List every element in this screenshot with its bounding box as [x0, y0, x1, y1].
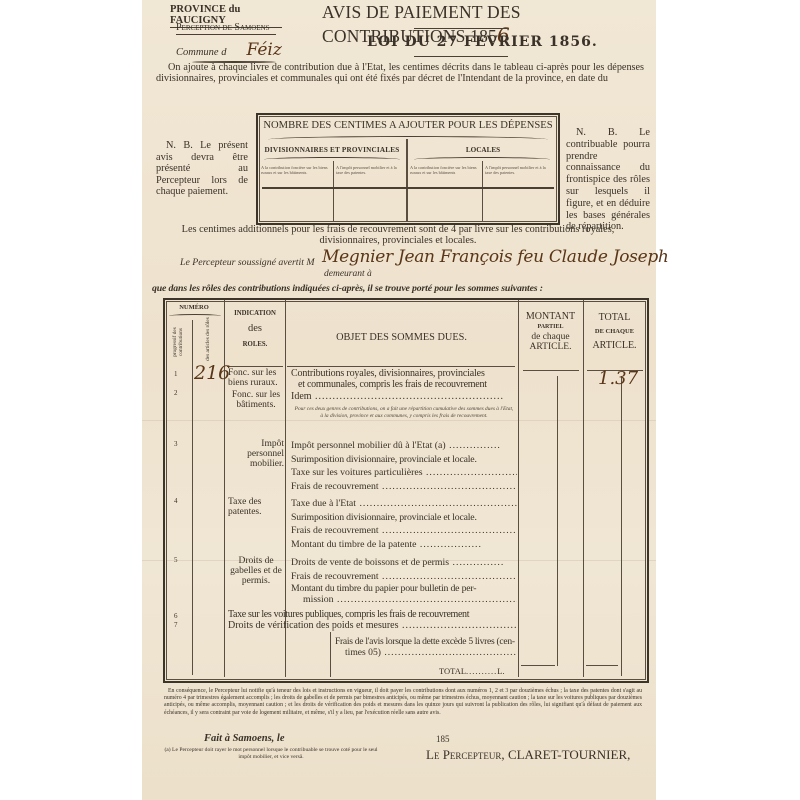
footnote-paragraph: En conséquence, le Percepteur lui notifi… — [164, 688, 642, 717]
signature-name: CLARET-TOURNIER, — [508, 747, 630, 762]
row-role-3: Impôt personnel mobilier. — [228, 439, 284, 469]
total-amount-handwritten: 1.37 — [598, 368, 638, 389]
commune-label: Commune d — [176, 47, 226, 58]
row-num-1: 1 — [174, 370, 178, 378]
row-role-1: Fonc. sur les biens ruraux. — [228, 368, 284, 388]
footer-year: 185 — [436, 734, 450, 744]
col-head-numero: NUMÉRO — [165, 304, 223, 311]
row-note-2: Pour ces deux genres de contributions, o… — [293, 406, 515, 419]
row-objet-1b: et communales, compris les frais de reco… — [298, 379, 518, 390]
row-role-2: Fonc. sur les bâtiments. — [228, 390, 284, 410]
centimes-value-1 — [261, 191, 331, 219]
centimes-col-1: A la contribution foncière sur les biens… — [261, 165, 331, 175]
row-role-5: Droits de gabelles et de permis. — [228, 556, 284, 586]
row-objet-4: Taxe due à l'Etat ......................… — [291, 497, 517, 551]
centimes-table: NOMBRE DES CENTIMES A AJOUTER POUR LES D… — [256, 113, 560, 225]
centimes-col-4: A l'impôt personnel mobilier et à la tax… — [485, 165, 553, 175]
row-num-7: 7 — [174, 621, 178, 629]
centimes-group-locales: LOCALES — [408, 146, 558, 154]
row-num-2: 2 — [174, 389, 178, 397]
centimes-col-2: A l'impôt personnel mobilier et à la tax… — [336, 165, 404, 175]
row-num-6: 6 — [174, 612, 178, 620]
col-head-indication: INDICATION des ROLES. — [225, 310, 285, 348]
row-num-4: 4 — [174, 497, 178, 505]
row-objet-7: Droits de vérification des poids et mesu… — [228, 621, 518, 632]
row-objet-1a: Contributions royales, divisionnaires, p… — [291, 368, 517, 379]
col-head-total: TOTAL DE CHAQUE ARTICLE. — [584, 312, 645, 351]
signature-label: Le Percepteur, — [426, 747, 505, 762]
centimes-title: NOMBRE DES CENTIMES A AJOUTER POUR LES D… — [258, 120, 558, 131]
row-objet-2: Idem ...................................… — [291, 391, 517, 402]
nb-right-note: N. B. Le contribuable pourra prendre con… — [566, 127, 650, 233]
fait-a-label: Fait à Samoens, le — [204, 733, 285, 744]
document-paper: PROVINCE du FAUCIGNY Perception de Samoe… — [142, 0, 656, 800]
row-objet-3: Impôt personnel mobilier dû à l'Etat (a)… — [291, 439, 517, 493]
commune-value-handwritten: Féiz — [246, 40, 281, 60]
law-title: LOI DU 27 FEVRIER 1856. — [367, 34, 598, 50]
row-objet-6: Taxe sur les voitures publiques, compris… — [228, 610, 518, 621]
col-head-objet: OBJET DES SOMMES DUES. — [286, 332, 517, 343]
frais-recouvrement-note: Les centimes additionnels pour les frais… — [162, 224, 634, 246]
total-row: TOTAL..........L. — [439, 666, 505, 676]
col-head-progressif: progressif des contributions — [172, 317, 184, 367]
que-dans-line: que dans les rôles des contributions ind… — [152, 283, 652, 294]
footnote-a: (a) Le Percepteur doit rayer le mot pers… — [160, 747, 382, 761]
contributions-table: NUMÉRO progressif des contributions des … — [163, 298, 649, 683]
article-number-handwritten: 216 — [194, 362, 230, 384]
row-num-3: 3 — [174, 440, 178, 448]
commune-row: Commune d Féiz — [176, 40, 306, 60]
col-head-montant: MONTANT PARTIEL de chaque ARTICLE. — [519, 312, 582, 352]
centimes-group-divisionnaires: DIVISIONNAIRES ET PROVINCIALES — [258, 146, 406, 154]
demeurant-label: demeurant à — [324, 269, 372, 279]
row-objet-5: Droits de vente de boissons et de permis… — [291, 556, 517, 605]
taxpayer-name-handwritten: Megnier Jean François feu Claude Joseph — [322, 247, 669, 267]
signature: Le Percepteur, CLARET-TOURNIER, — [426, 747, 630, 763]
avertit-label: Le Percepteur soussigné avertit M — [180, 257, 315, 268]
perception-label: Perception de Samoens — [176, 22, 276, 35]
row-num-5: 5 — [174, 556, 178, 564]
intro-paragraph: On ajoute à chaque livre de contribution… — [156, 62, 644, 84]
nb-left-note: N. B. Le présent avis devra être présent… — [156, 140, 248, 198]
centimes-col-3: A la contribution foncière sur les biens… — [410, 165, 480, 175]
col-head-articles: des articles des rôles — [205, 314, 211, 364]
frais-avis-line: Frais de l'avis lorsque la dette excède … — [335, 636, 517, 658]
row-role-4: Taxe des patentes. — [228, 497, 284, 517]
